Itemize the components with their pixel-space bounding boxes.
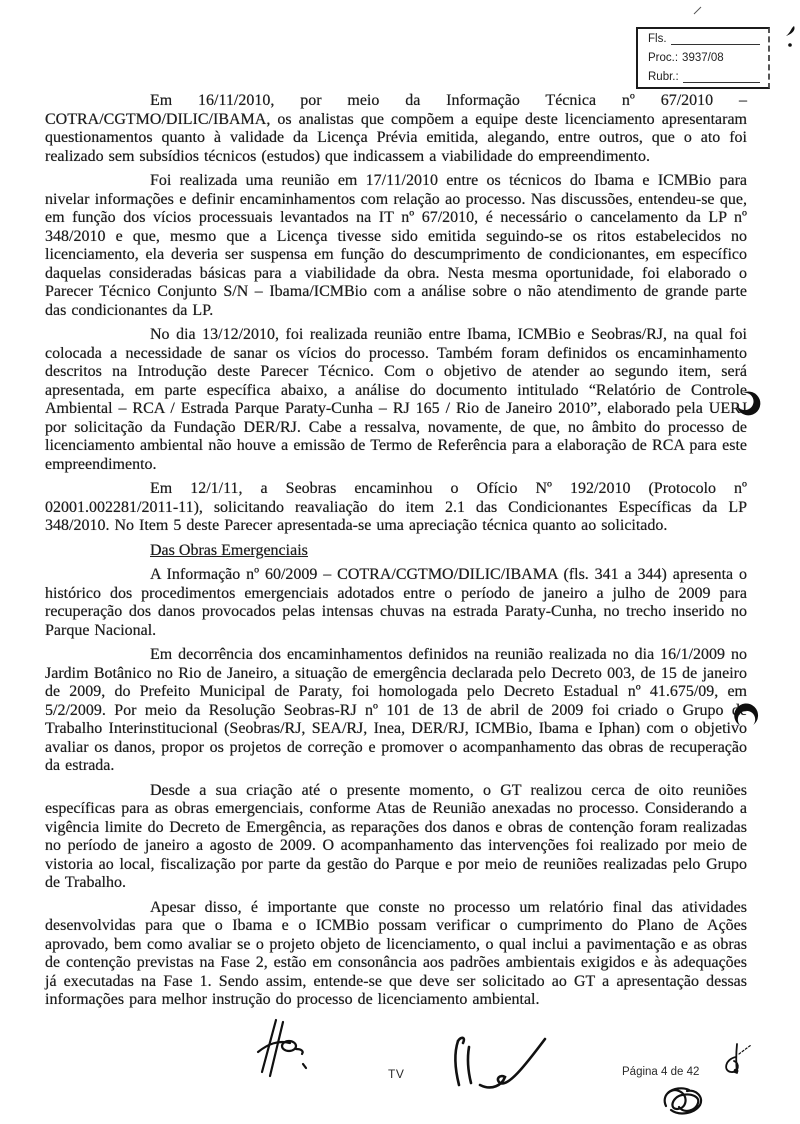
signature-scribble-inline (256, 1018, 310, 1078)
binder-hole-artifact-bottom (731, 701, 761, 731)
paragraph-7: Desde a sua criação até o presente momen… (45, 782, 747, 893)
stamp-fls-row: Fls. (648, 33, 760, 45)
document-body: Em 16/11/2010, por meio da Informação Té… (45, 92, 747, 1016)
stamp-rubr-label: Rubr.: (648, 71, 679, 83)
stray-mark-top (693, 5, 703, 15)
paragraph-3: No dia 13/12/2010, foi realizada reunião… (45, 326, 747, 474)
footer-initials: TV (388, 1067, 404, 1081)
stamp-fls-blank-line (671, 33, 760, 45)
signature-center (448, 1031, 550, 1093)
stamp-corner-mark (782, 24, 798, 52)
stamp-fls-label: Fls. (648, 33, 667, 45)
stamp-proc-label: Proc.: (648, 52, 678, 64)
stamp-rubr-row: Rubr.: (648, 71, 760, 83)
paragraph-8: Apesar disso, é importante que conste no… (45, 899, 747, 1010)
document-page: Fls. Proc.: 3937/08 Rubr.: Em 16/11/2010… (0, 0, 800, 1124)
stamp-proc-row: Proc.: 3937/08 (648, 52, 760, 64)
signature-dense-scribble (659, 1083, 707, 1115)
paragraph-4: Em 12/1/11, a Seobras encaminhou o Ofíci… (45, 480, 747, 536)
signature-right-flourish (720, 1042, 754, 1078)
paragraph-2: Foi realizada uma reunião em 17/11/2010 … (45, 172, 747, 320)
paragraph-1: Em 16/11/2010, por meio da Informação Té… (45, 92, 747, 166)
stamp-proc-value: 3937/08 (682, 52, 724, 64)
paragraph-5: A Informação nº 60/2009 – COTRA/CGTMO/DI… (45, 566, 747, 640)
stamp-rubr-blank-line (683, 71, 760, 83)
section-heading-text: Das Obras Emergenciais (150, 542, 308, 559)
section-heading: Das Obras Emergenciais (45, 542, 747, 561)
paragraph-6: Em decorrência dos encaminhamentos defin… (45, 646, 747, 776)
footer-page-number: Página 4 de 42 (622, 1066, 699, 1078)
process-stamp-box: Fls. Proc.: 3937/08 Rubr.: (636, 27, 770, 89)
